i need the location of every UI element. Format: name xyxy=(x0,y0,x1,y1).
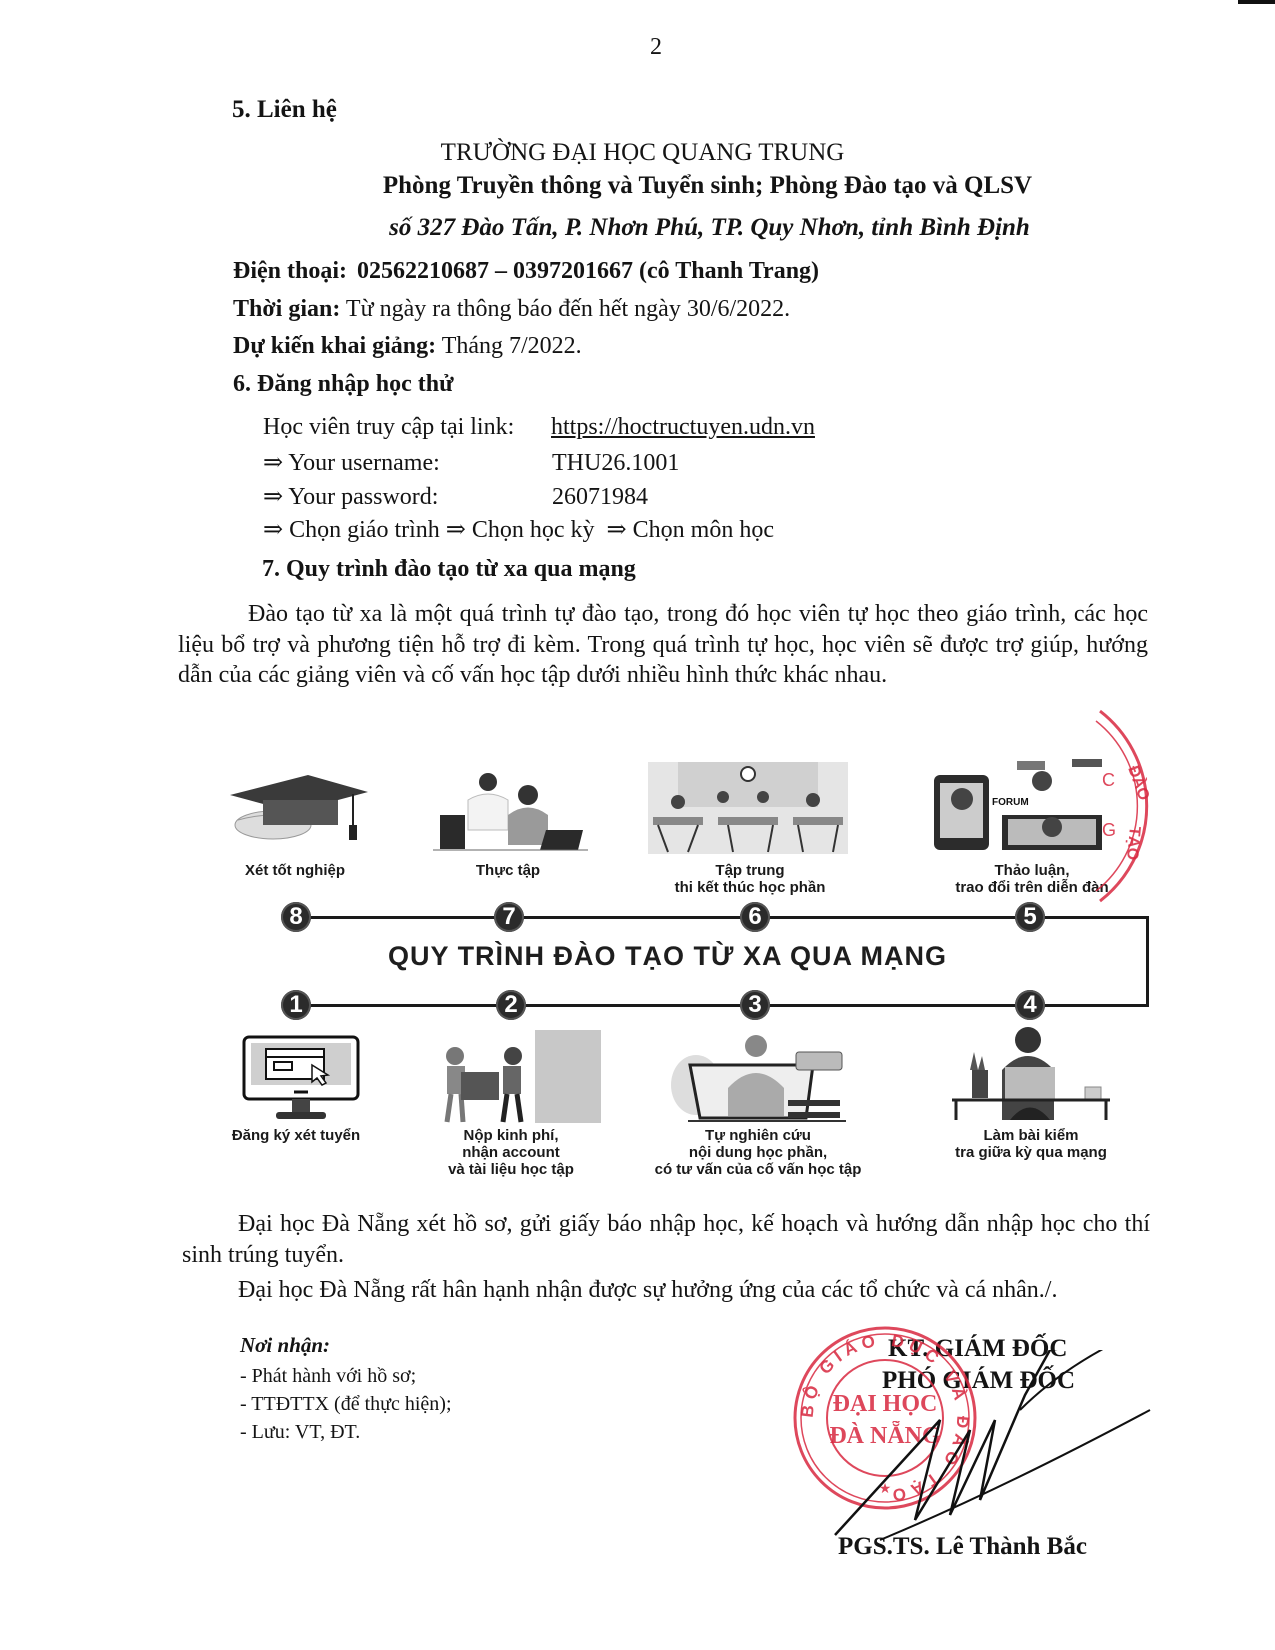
step-label-7: Thực tập xyxy=(476,862,540,879)
stamp-inner-line2: ĐÀ NẴNG xyxy=(829,1421,941,1449)
nav-step: Chọn giáo trình xyxy=(289,517,440,543)
password-value: 26071984 xyxy=(552,484,648,510)
step-label-4: Làm bài kiểm tra giữa kỳ qua mạng xyxy=(955,1127,1107,1161)
link-label: Học viên truy cập tại link: xyxy=(263,414,551,441)
step-label-6: Tập trung thi kết thúc học phần xyxy=(675,862,826,896)
arrow-icon: ⇒ xyxy=(263,517,283,543)
section-heading-process: 7. Quy trình đào tạo từ xa qua mạng xyxy=(262,556,636,583)
step-number-1: 1 xyxy=(281,990,311,1020)
process-diagram-title: QUY TRÌNH ĐÀO TẠO TỪ XA QUA MẠNG xyxy=(0,941,1275,972)
step-number-2: 2 xyxy=(496,990,526,1020)
step-label-3: Tự nghiên cứu nội dung học phần, có tư v… xyxy=(655,1127,862,1178)
nav-step: Chọn học kỳ xyxy=(472,517,595,543)
recipient-item: - Phát hành với hồ sơ; xyxy=(240,1365,416,1388)
step-label-2: Nộp kinh phí, nhận account và tài liệu h… xyxy=(448,1127,574,1178)
internship-people-icon xyxy=(428,770,593,852)
password-row: ⇒ Your password:26071984 xyxy=(263,482,648,511)
woman-laptop-icon xyxy=(950,1025,1115,1120)
org-address: số 327 Đào Tấn, P. Nhơn Phú, TP. Quy Nhơ… xyxy=(0,214,1275,242)
process-paragraph: Đào tạo từ xa là một quá trình tự đào tạ… xyxy=(178,599,1148,691)
section-heading-contact: 5. Liên hệ xyxy=(232,96,337,124)
arrow-icon: ⇒ xyxy=(607,517,627,543)
username-row: ⇒ Your username:THU26.1001 xyxy=(263,448,679,477)
admission-paragraph: Đại học Đà Nẵng xét hồ sơ, gửi giấy báo … xyxy=(182,1209,1150,1270)
password-label: Your password: xyxy=(288,484,438,510)
online-tutor-icon xyxy=(668,1030,848,1122)
step-number-4: 4 xyxy=(1015,990,1045,1020)
username-value: THU26.1001 xyxy=(552,450,679,476)
thanks-paragraph: Đại học Đà Nẵng rất hân hạnh nhận được s… xyxy=(238,1277,1057,1304)
exam-classroom-icon xyxy=(648,762,848,854)
step-number-3: 3 xyxy=(740,990,770,1020)
recipient-item: - TTĐTTX (để thực hiện); xyxy=(240,1393,452,1416)
signer-title-line2: PHÓ GIÁM ĐỐC xyxy=(882,1367,1075,1395)
username-label: Your username: xyxy=(288,450,440,476)
time-label: Thời gian: xyxy=(233,296,340,322)
signer-name: PGS.TS. Lê Thành Bắc xyxy=(838,1533,1087,1561)
page-number: 2 xyxy=(650,34,662,61)
svg-text:★: ★ xyxy=(879,1482,892,1497)
recipient-item: - Lưu: VT, ĐT. xyxy=(240,1421,360,1444)
login-link-row: Học viên truy cập tại link:https://hoctr… xyxy=(263,414,815,441)
section-heading-trial-login: 6. Đăng nhập học thử xyxy=(233,371,453,398)
signer-title-line1: KT. GIÁM ĐỐC xyxy=(888,1335,1067,1363)
handover-package-icon xyxy=(435,1030,603,1123)
org-department: Phòng Truyền thông và Tuyển sinh; Phòng … xyxy=(0,172,1275,200)
step-number-8: 8 xyxy=(281,902,311,932)
step-label-8: Xét tốt nghiệp xyxy=(245,862,345,879)
start-date-line: Dự kiến khai giảng: Tháng 7/2022. xyxy=(233,333,582,360)
svg-text:ĐÀO: ĐÀO xyxy=(1124,763,1154,803)
step-label-5: Thảo luận, trao đổi trên diễn đàn xyxy=(955,862,1108,896)
step-number-6: 6 xyxy=(740,902,770,932)
org-name: TRƯỜNG ĐẠI HỌC QUANG TRUNG xyxy=(0,139,1275,167)
graduation-cap-icon xyxy=(228,770,373,845)
svg-text:FORUM: FORUM xyxy=(992,797,1029,808)
course-portal-link[interactable]: https://hoctructuyen.udn.vn xyxy=(551,414,815,440)
scan-edge-mark xyxy=(1238,0,1275,4)
step-number-5: 5 xyxy=(1015,902,1045,932)
recipients-title: Nơi nhận: xyxy=(240,1333,330,1358)
nav-step: Chọn môn học xyxy=(633,517,774,543)
time-value: Từ ngày ra thông báo đến hết ngày 30/6/2… xyxy=(346,296,790,322)
start-value: Tháng 7/2022. xyxy=(442,333,582,359)
arrow-icon: ⇒ xyxy=(446,517,466,543)
phone-label: Điện thoại: xyxy=(233,258,347,284)
step-number-7: 7 xyxy=(494,902,524,932)
time-line: Thời gian: Từ ngày ra thông báo đến hết … xyxy=(233,296,790,323)
phone-value: 02562210687 – 0397201667 (cô Thanh Trang… xyxy=(357,258,819,284)
forum-chat-icon: FORUM xyxy=(932,757,1110,852)
navigation-steps-row: ⇒ Chọn giáo trình ⇒ Chọn học kỳ ⇒ Chọn m… xyxy=(263,515,774,544)
phone-line: Điện thoại: 02562210687 – 0397201667 (cô… xyxy=(233,258,819,285)
step-label-1: Đăng ký xét tuyển xyxy=(232,1127,360,1144)
arrow-icon: ⇒ xyxy=(263,484,283,510)
computer-monitor-icon xyxy=(242,1035,360,1121)
svg-text:TẠO: TẠO xyxy=(1123,826,1143,861)
start-label: Dự kiến khai giảng: xyxy=(233,333,436,359)
arrow-icon: ⇒ xyxy=(263,450,283,476)
